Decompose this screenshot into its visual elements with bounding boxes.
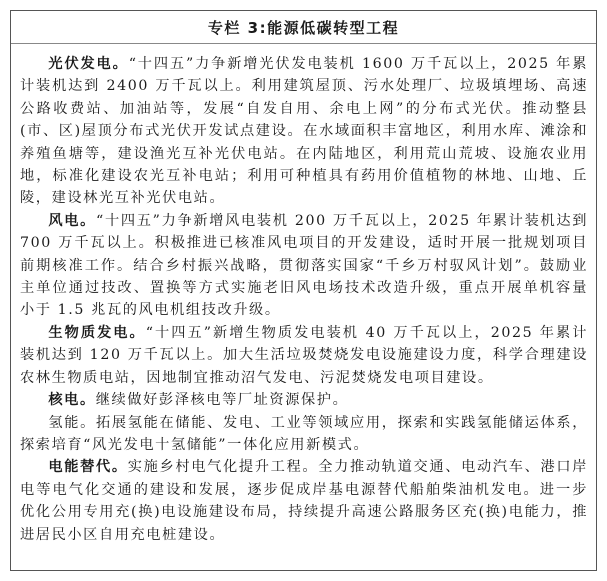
section-text: 拓展氢能在储能、发电、工业等领域应用，探索和实践氢能储运体系，探索培育“风光发电… xyxy=(20,415,588,453)
section-text: “十四五”力争新增风电装机 200 万千瓦以上，2025 年累计装机达到 700… xyxy=(20,213,588,319)
section-solar: 光伏发电。“十四五”力争新增光伏发电装机 1600 万千瓦以上，2025 年累计… xyxy=(20,53,588,210)
section-hydrogen: 氢能。拓展氢能在储能、发电、工业等领域应用，探索和实践氢能储运体系，探索培育“风… xyxy=(20,412,588,457)
section-heading: 核电。 xyxy=(48,392,95,408)
column-box-title: 专栏 3:能源低碳转型工程 xyxy=(11,11,596,44)
section-wind: 风电。“十四五”力争新增风电装机 200 万千瓦以上，2025 年累计装机达到 … xyxy=(20,210,588,322)
column-box: 专栏 3:能源低碳转型工程 光伏发电。“十四五”力争新增光伏发电装机 1600 … xyxy=(10,10,597,571)
section-nuclear: 核电。继续做好彭泽核电等厂址资源保护。 xyxy=(20,389,588,411)
section-electrification: 电能替代。实施乡村电气化提升工程。全力推动轨道交通、电动汽车、港口岸电等电气化交… xyxy=(20,456,588,546)
section-heading: 风电。 xyxy=(48,213,96,229)
column-box-body: 光伏发电。“十四五”力争新增光伏发电装机 1600 万千瓦以上，2025 年累计… xyxy=(11,44,596,546)
section-heading: 氢能。 xyxy=(48,415,96,431)
section-text: “十四五”力争新增光伏发电装机 1600 万千瓦以上，2025 年累计装机达到 … xyxy=(20,56,588,206)
section-heading: 光伏发电。 xyxy=(48,56,128,72)
section-heading: 电能替代。 xyxy=(48,459,127,475)
section-text: 继续做好彭泽核电等厂址资源保护。 xyxy=(96,392,349,408)
section-biomass: 生物质发电。“十四五”新增生物质发电装机 40 万千瓦以上，2025 年累计装机… xyxy=(20,322,588,389)
section-heading: 生物质发电。 xyxy=(48,325,145,341)
